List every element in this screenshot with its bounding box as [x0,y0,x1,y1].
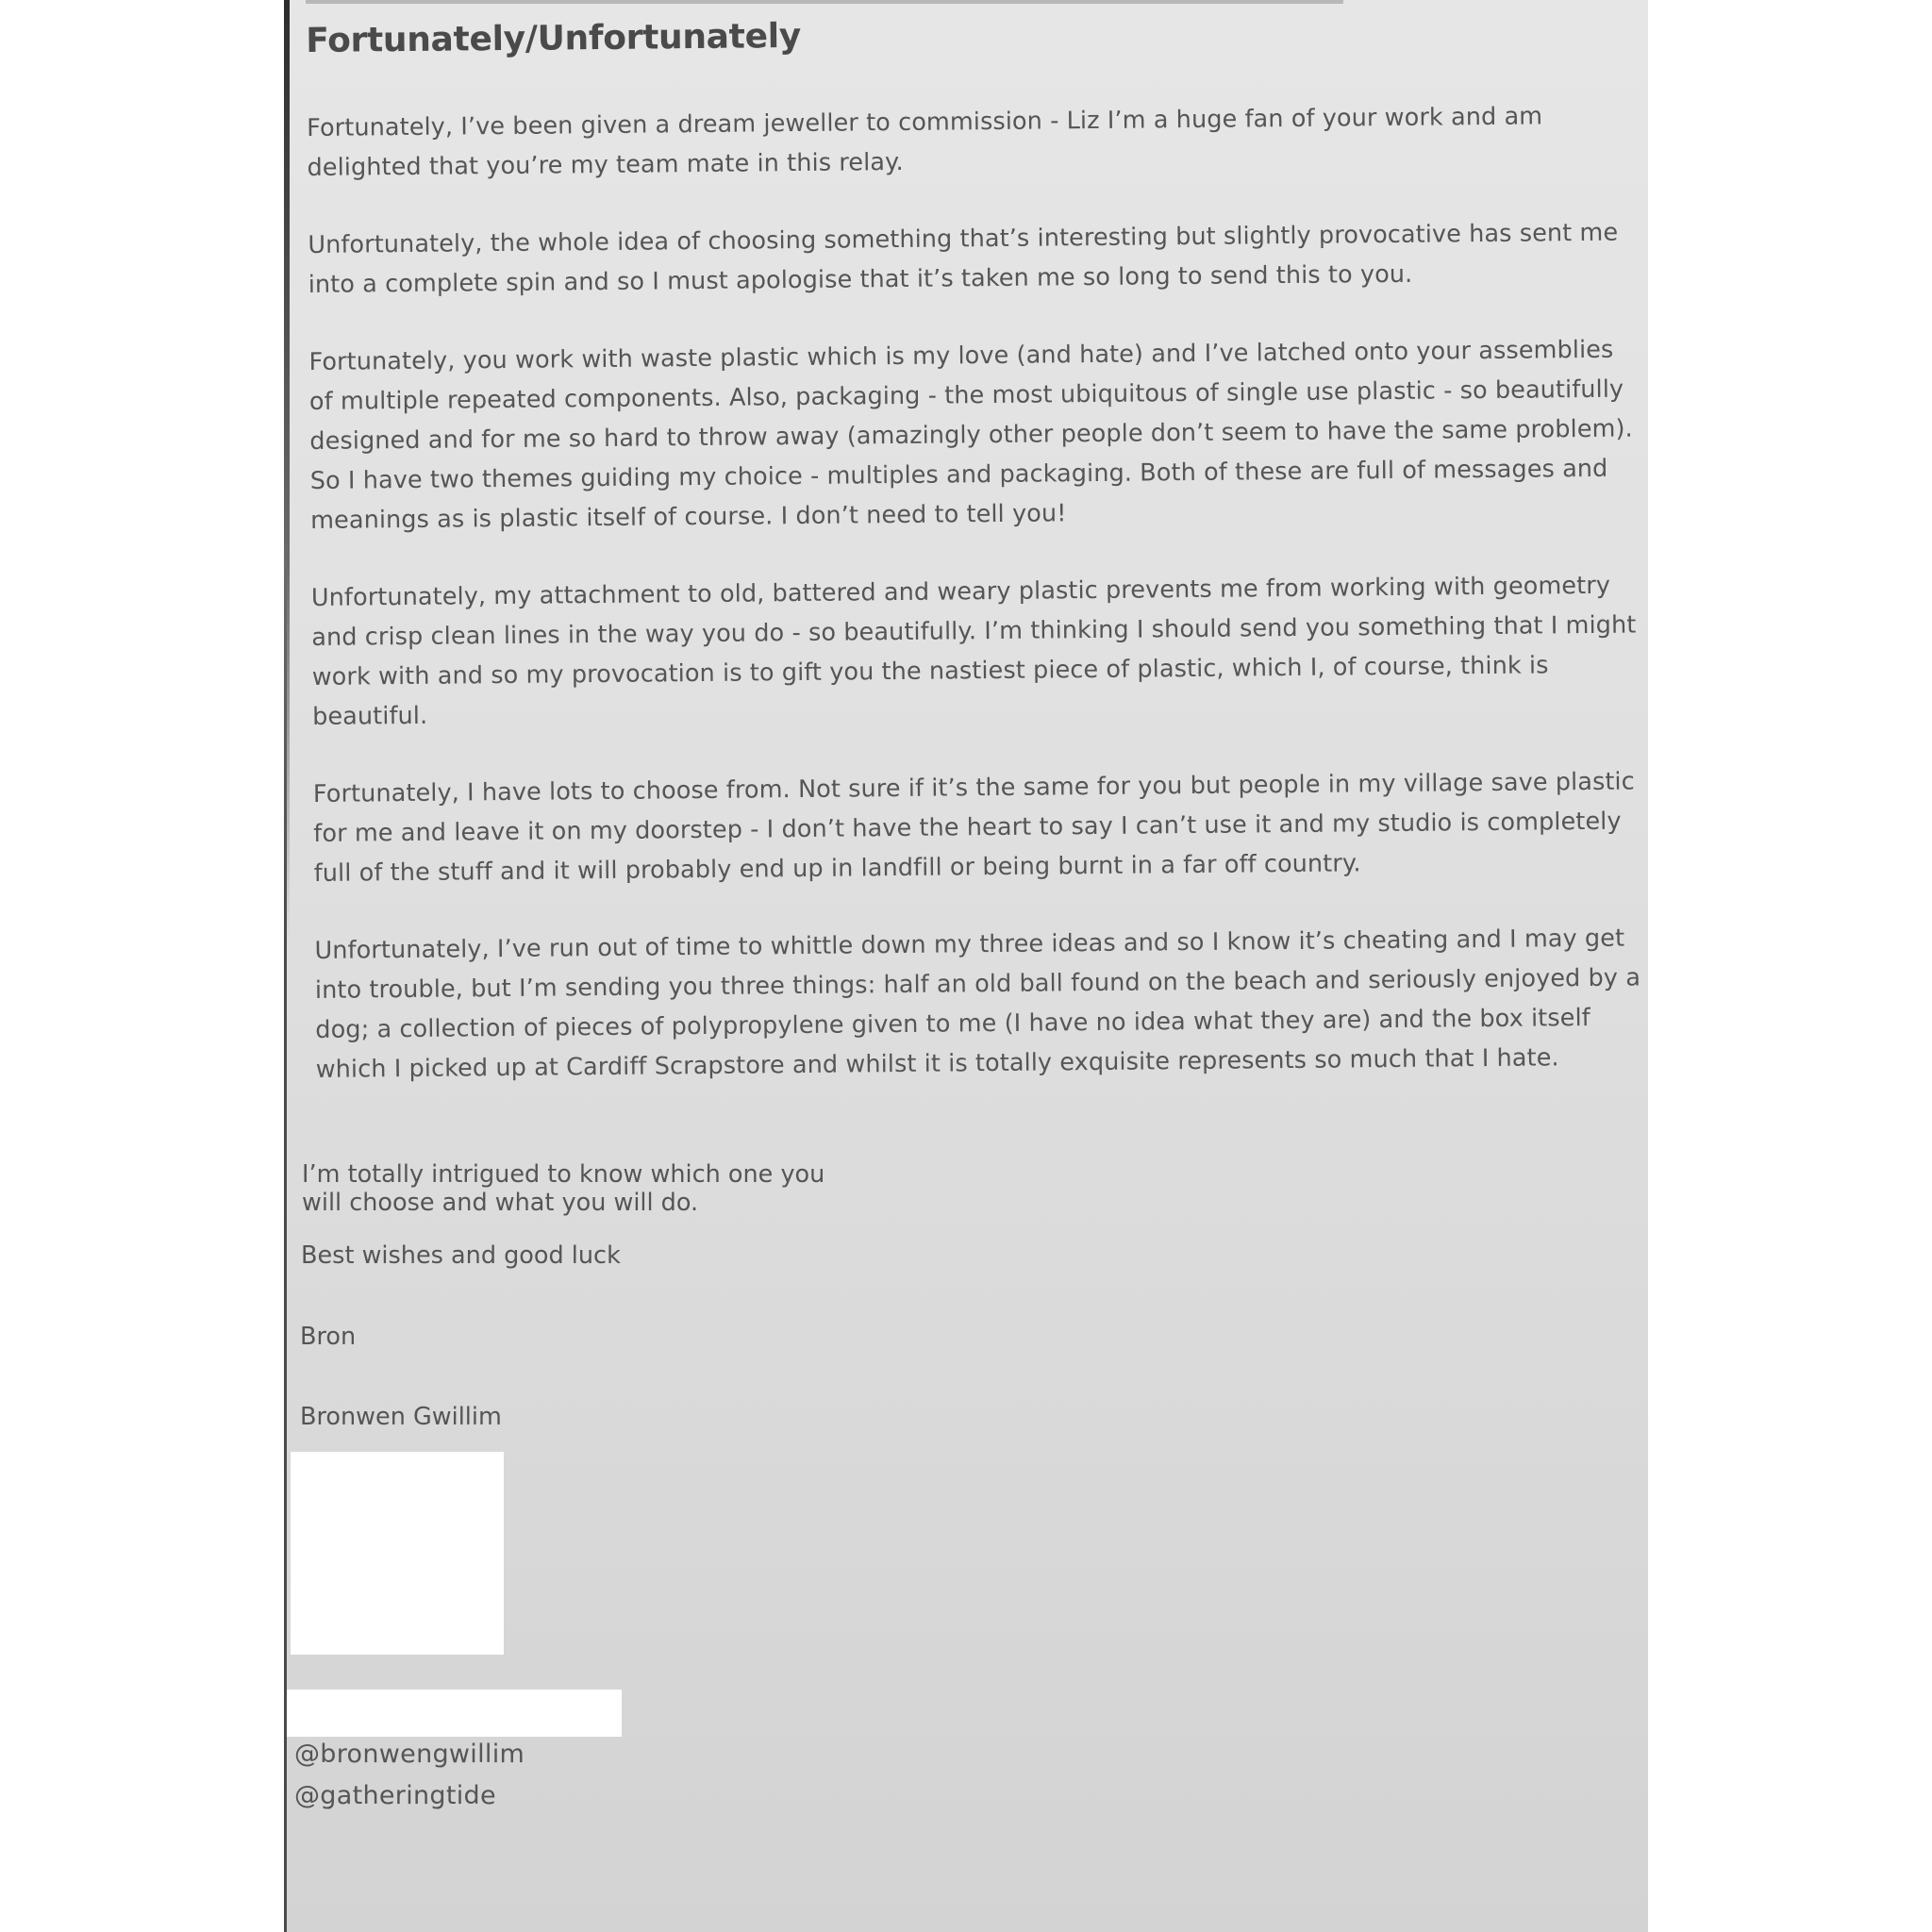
sign-off: Best wishes and good luck [301,1241,867,1270]
social-handle-1: @bronwengwillim [294,1740,525,1769]
paragraph-4: Unfortunately, my attachment to old, bat… [311,565,1643,737]
paragraph-3: Fortunately, you work with waste plastic… [308,329,1641,541]
letter-title: Fortunately/Unfortunately [306,4,1636,66]
paragraph-1: Fortunately, I’ve been given a dream jew… [307,95,1638,188]
paragraph-2: Unfortunately, the whole idea of choosin… [308,212,1639,305]
paragraph-6: Unfortunately, I’ve run out of time to w… [314,918,1646,1090]
social-handle-2: @gatheringtide [294,1781,496,1810]
closing-line: I’m totally intrigued to know which one … [302,1160,868,1217]
redacted-block-image [291,1452,504,1655]
signature-short: Bron [300,1323,866,1351]
letter-paper: Fortunately/Unfortunately Fortunately, I… [284,0,1648,1932]
letter-content: Fortunately/Unfortunately Fortunately, I… [306,0,1646,1089]
redacted-block-line [287,1690,622,1737]
paragraph-5: Fortunately, I have lots to choose from.… [313,761,1644,893]
signature-full: Bronwen Gwillim [300,1403,866,1431]
